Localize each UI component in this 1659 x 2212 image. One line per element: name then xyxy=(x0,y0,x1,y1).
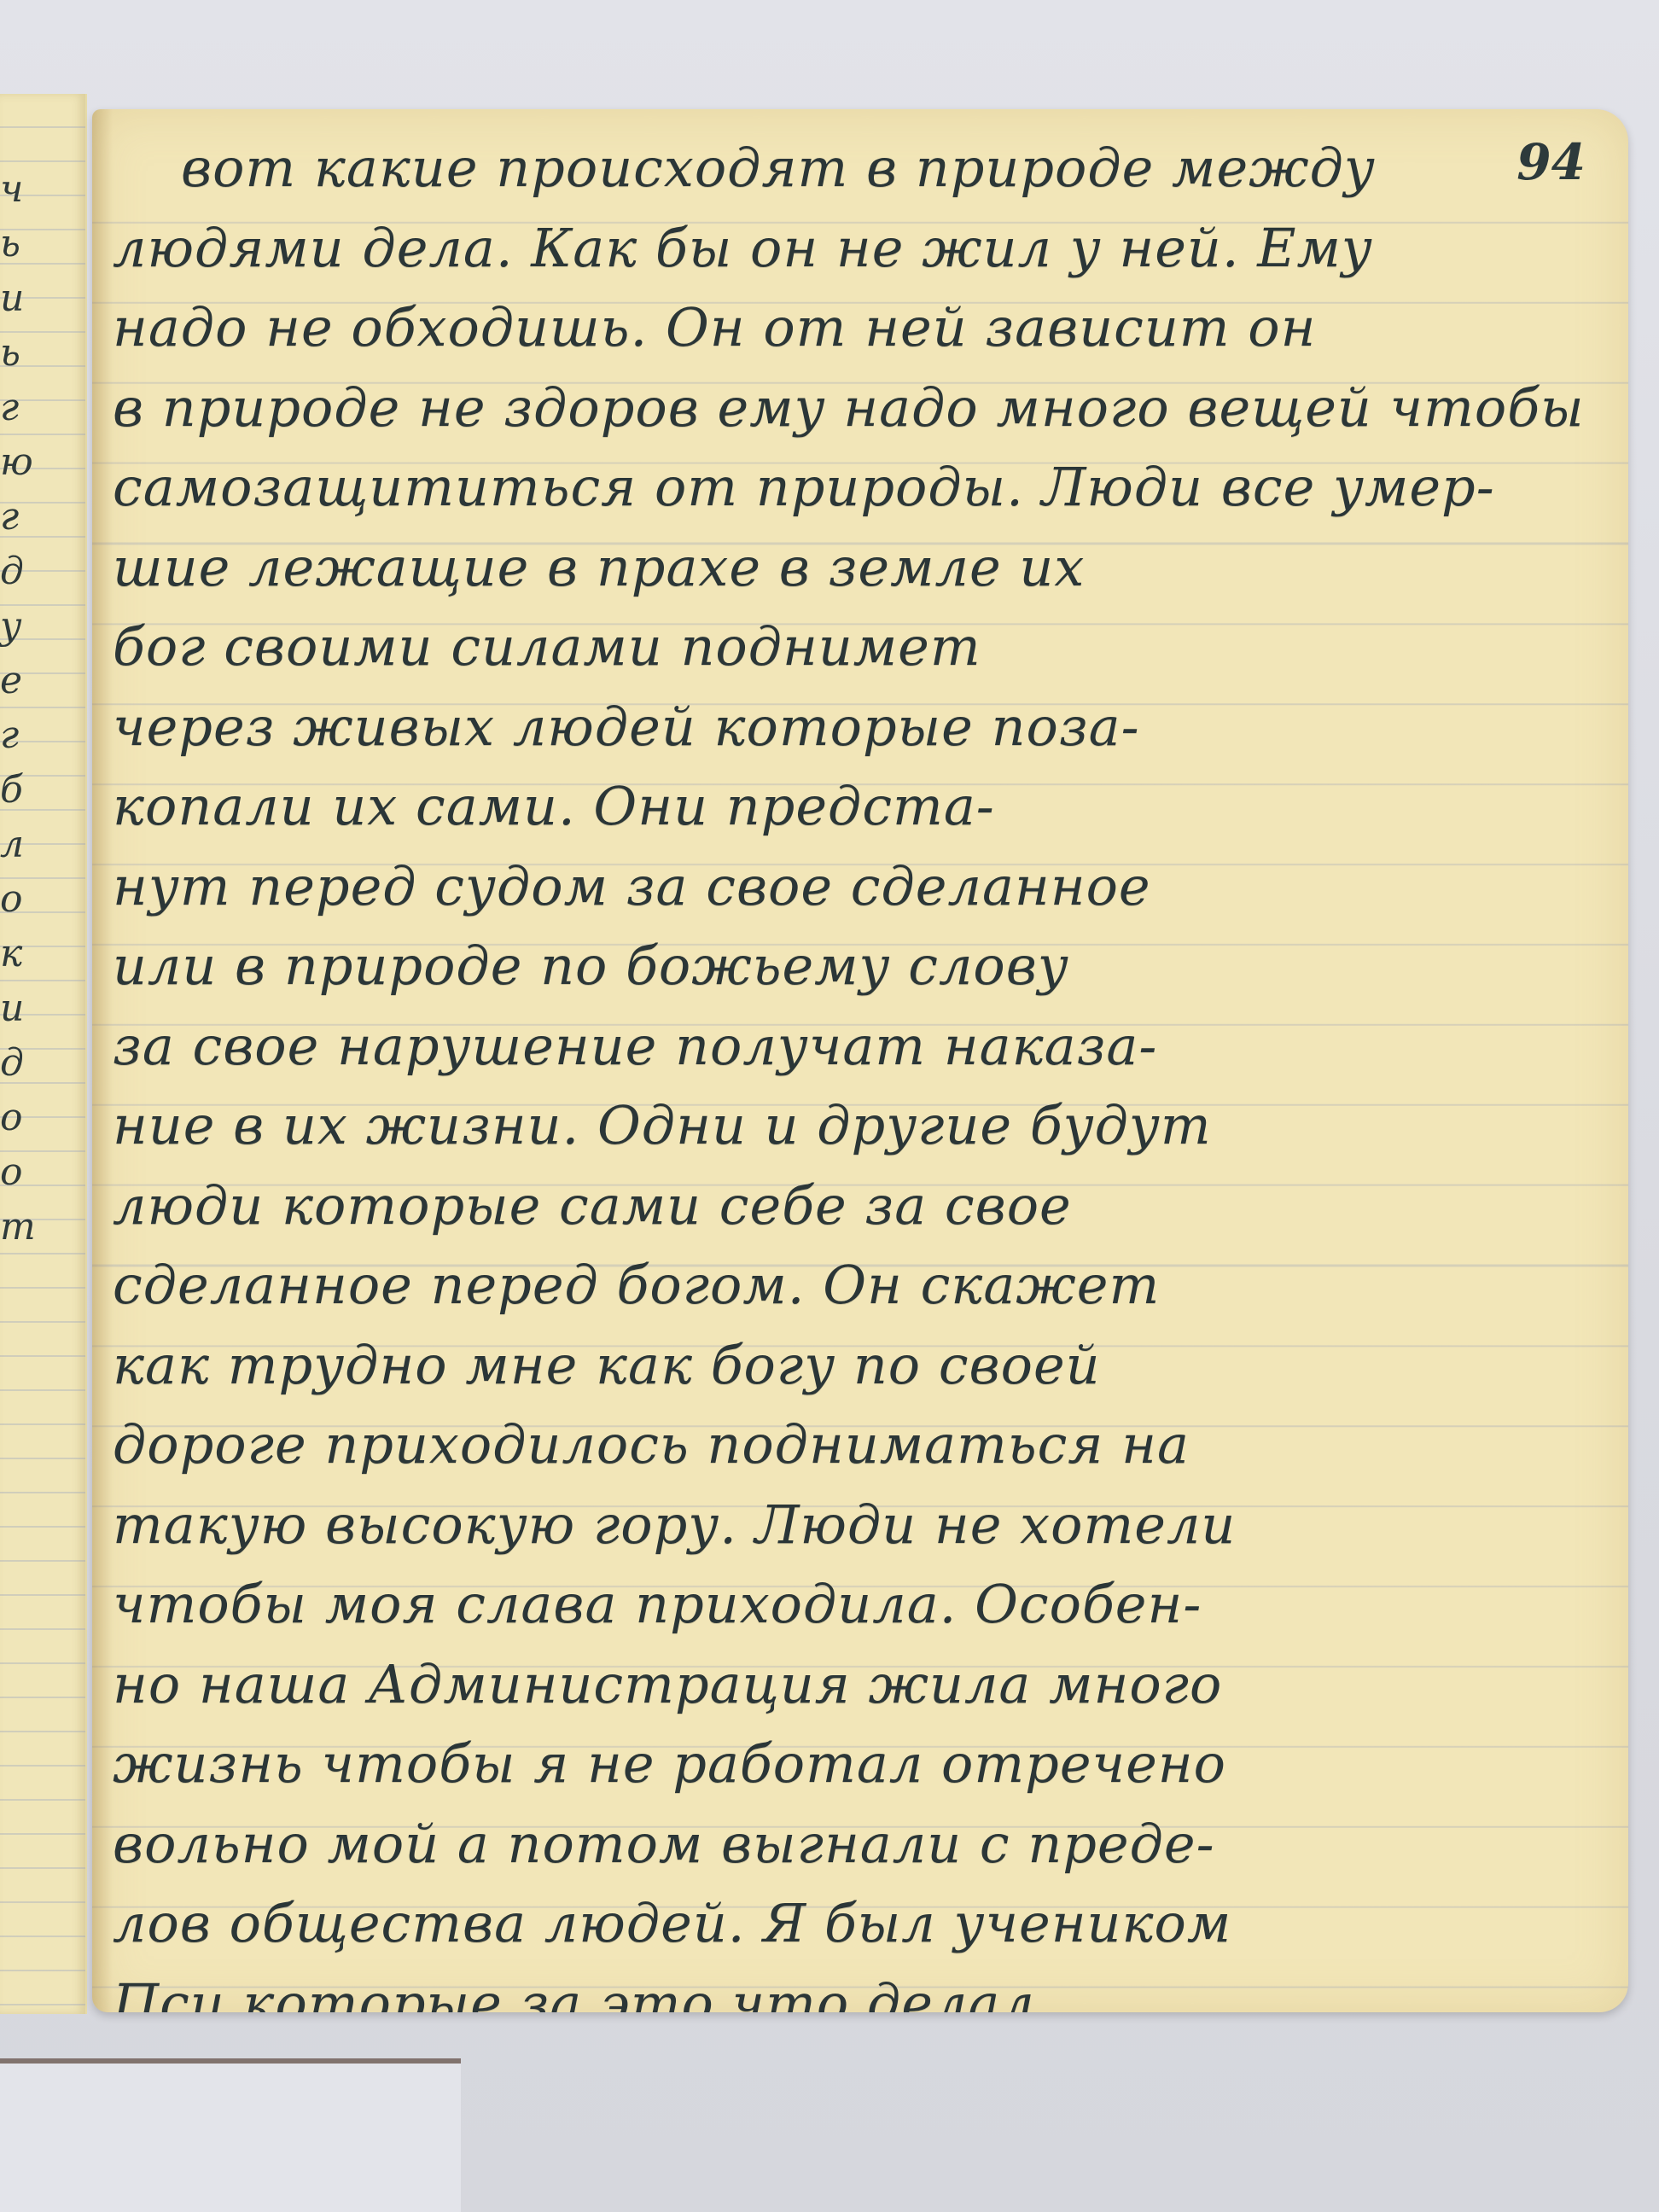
text-line: но наша Администрация жила много xyxy=(113,1644,1615,1725)
text-line: ние в их жизни. Одни и другие будут xyxy=(113,1086,1615,1166)
previous-page-fragments: ч ь и ь г ю г д у е г б л о к и д о о т xyxy=(0,171,51,1246)
fragment: д xyxy=(0,553,51,591)
fragment: д xyxy=(0,1045,51,1082)
fragment: ь xyxy=(0,335,51,372)
fragment: ч xyxy=(0,171,51,208)
fragment: и xyxy=(0,990,51,1027)
text-line: сделанное перед богом. Он скажет xyxy=(113,1245,1615,1325)
fragment: г xyxy=(0,389,51,427)
fragment: и xyxy=(0,280,51,317)
text-line: вот какие происходят в природе между xyxy=(113,128,1615,208)
spine-shadow xyxy=(92,109,113,2012)
text-line: жизнь чтобы я не работал отречено xyxy=(113,1724,1615,1804)
text-line: чтобы моя слава приходила. Особен- xyxy=(113,1564,1615,1644)
text-line: в природе не здоров ему надо много вещей… xyxy=(113,368,1615,448)
fragment: к xyxy=(0,935,51,973)
text-line: люди которые сами себе за свое xyxy=(113,1166,1615,1246)
text-line: вольно мой а потом выгнали с преде- xyxy=(113,1804,1615,1884)
fragment: о xyxy=(0,881,51,918)
text-line: за свое нарушение получат наказа- xyxy=(113,1006,1615,1086)
fragment: ь xyxy=(0,225,51,263)
previous-page-edge: ч ь и ь г ю г д у е г б л о к и д о о т xyxy=(0,94,87,2014)
fragment: о xyxy=(0,1099,51,1137)
scanner-edge xyxy=(0,2058,461,2064)
fragment: е xyxy=(0,662,51,700)
text-line: бог своими силами поднимет xyxy=(113,607,1615,687)
text-line: самозащититься от природы. Люди все умер… xyxy=(113,447,1615,527)
text-line: шие лежащие в прахе в земле их xyxy=(113,527,1615,608)
text-line: или в природе по божьему слову xyxy=(113,926,1615,1006)
text-line: копали их сами. Они предста- xyxy=(113,766,1615,847)
notebook-page: 94 вот какие происходят в природе между … xyxy=(92,109,1628,2012)
text-line: Пси которые за это что делал xyxy=(113,1964,1615,2013)
text-line: лов общества людей. Я был учеником xyxy=(113,1883,1615,1964)
text-line: такую высокую гору. Люди не хотели xyxy=(113,1485,1615,1565)
text-line: как трудно мне как богу по своей xyxy=(113,1325,1615,1406)
text-line: людями дела. Как бы он не жил у ней. Ему xyxy=(113,208,1615,288)
fragment: о xyxy=(0,1154,51,1191)
fragment: т xyxy=(0,1208,51,1246)
text-line: через живых людей которые поза- xyxy=(113,687,1615,767)
text-line: дороге приходилось подниматься на xyxy=(113,1405,1615,1485)
fragment: у xyxy=(0,608,51,645)
fragment: г xyxy=(0,498,51,536)
fragment: ю xyxy=(0,444,51,481)
fragment: б xyxy=(0,771,51,809)
fragment: л xyxy=(0,826,51,864)
handwritten-text: вот какие происходят в природе между люд… xyxy=(113,128,1615,2012)
text-line: нут перед судом за свое сделанное xyxy=(113,847,1615,927)
fragment: г xyxy=(0,717,51,754)
text-line: надо не обходишь. Он от ней зависит он xyxy=(113,288,1615,368)
scanner-surface xyxy=(0,2064,461,2212)
